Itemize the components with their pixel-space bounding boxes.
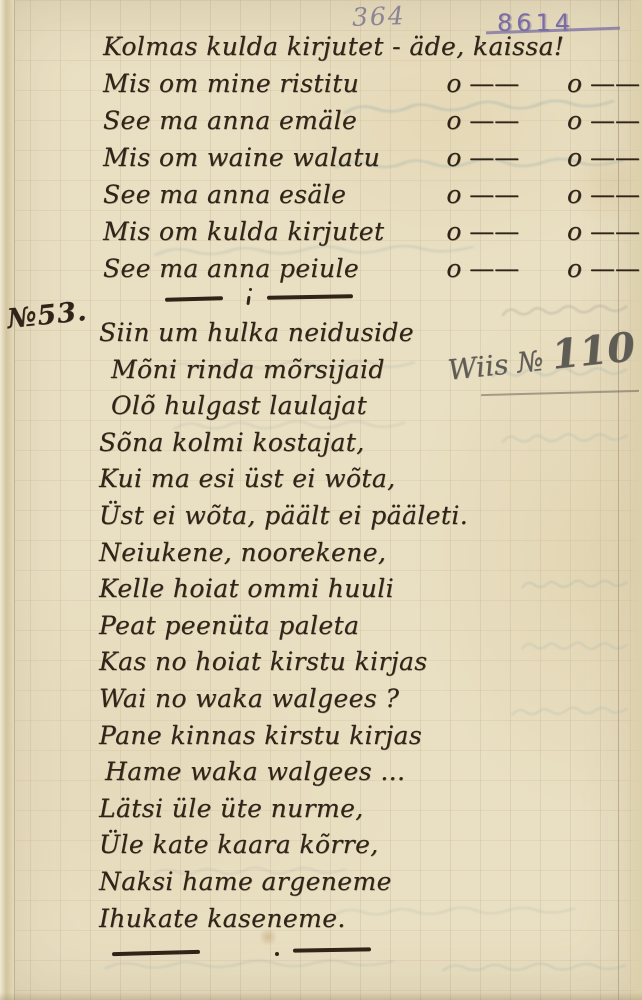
refrain-marks: o —— o —— bbox=[446, 176, 640, 213]
verse-line: Üst ei wõta, päält ei pääleti. bbox=[99, 498, 468, 535]
refrain-marks: o —— o —— bbox=[446, 102, 640, 139]
bleed-through-mark bbox=[100, 952, 400, 975]
verse-line: Naksi hame argeneme bbox=[99, 864, 468, 901]
verse-line: Ihukate kaseneme. bbox=[99, 901, 468, 938]
verse-line: Kas no hoiat kirstu kirjas bbox=[99, 644, 468, 681]
bleed-through-mark bbox=[520, 636, 630, 656]
verse-line: Mis om kulda kirjuteto —— o —— bbox=[103, 213, 640, 250]
verse-line-text: Mis om waine walatu bbox=[103, 143, 380, 172]
stanza-divider-tick bbox=[246, 296, 250, 305]
verse-line: Kui ma esi üst ei wõta, bbox=[99, 461, 468, 498]
verse-line: See ma anna peiuleo —— o —— bbox=[103, 250, 640, 287]
bleed-through-mark bbox=[510, 700, 631, 722]
page-edge-bottom bbox=[0, 992, 642, 1000]
end-divider-stroke bbox=[293, 947, 371, 952]
verse-line: Peat peenüta paleta bbox=[99, 608, 468, 645]
verse-2: Siin um hulka neiduside Mõni rinda mõrsi… bbox=[99, 315, 468, 937]
verse-line: Mis om mine ristituo —— o —— bbox=[103, 65, 640, 102]
refrain-marks: o —— o —— bbox=[446, 65, 640, 102]
verse-line: Mõni rinda mõrsijaid bbox=[99, 352, 468, 389]
stanza-divider-stroke bbox=[267, 294, 353, 300]
verse-line: Siin um hulka neiduside bbox=[99, 315, 468, 352]
verse-line: Mis om waine walatuo —— o —— bbox=[103, 139, 640, 176]
verse-line: Wai no waka walgees ? bbox=[99, 681, 468, 718]
verse-line: See ma anna emäleo —— o —— bbox=[103, 102, 640, 139]
stanza-number: №53. bbox=[6, 296, 89, 335]
refrain-marks: o —— o —— bbox=[446, 213, 640, 250]
verse-line: Neiukene, noorekene, bbox=[99, 535, 468, 572]
bleed-through-mark bbox=[500, 426, 631, 451]
verse-line: Hame waka walgees ... bbox=[99, 754, 468, 791]
verse-line-text: Mis om mine ristitu bbox=[103, 69, 359, 98]
bleed-through-mark bbox=[520, 573, 631, 595]
verse-line: See ma anna esäleo —— o —— bbox=[103, 176, 640, 213]
end-divider-dot bbox=[275, 952, 279, 956]
verse-line-text: See ma anna peiule bbox=[103, 254, 359, 283]
verse-line: Üle kate kaara kõrre, bbox=[99, 827, 468, 864]
verse-line: Pane kinnas kirstu kirjas bbox=[99, 718, 468, 755]
verse-line: Kelle hoiat ommi huuli bbox=[99, 571, 468, 608]
refrain-marks: o —— o —— bbox=[446, 250, 640, 287]
page-edge-left bbox=[0, 0, 15, 1000]
melody-note-underline bbox=[481, 390, 639, 396]
verse-line: Lätsi üle üte nurme, bbox=[99, 791, 468, 828]
verse-line: Sõna kolmi kostajat, bbox=[99, 425, 468, 462]
verse-line: Kolmas kulda kirjutet - äde, kaissa! bbox=[103, 28, 640, 65]
melody-number: 110 bbox=[549, 323, 637, 378]
manuscript-page: 364 8614 Kolmas kulda kirjutet - äde, ka… bbox=[0, 0, 642, 1000]
verse-line-text: Kolmas kulda kirjutet - äde, kaissa! bbox=[103, 32, 564, 61]
refrain-marks: o —— o —— bbox=[446, 139, 640, 176]
melody-reference-note: Wiis № 110 bbox=[445, 323, 637, 389]
stanza-divider-dot bbox=[249, 288, 252, 291]
verse-line-text: Mis om kulda kirjutet bbox=[103, 217, 384, 246]
end-divider-stroke bbox=[112, 950, 200, 956]
verse-line-text: See ma anna emäle bbox=[103, 106, 357, 135]
bleed-through-mark bbox=[500, 297, 631, 324]
verse-line: Olõ hulgast laulajat bbox=[99, 388, 468, 425]
bleed-through-mark bbox=[440, 956, 630, 977]
verse-1: Kolmas kulda kirjutet - äde, kaissa! Mis… bbox=[103, 28, 640, 287]
stanza-divider-stroke bbox=[165, 296, 223, 302]
verse-line-text: See ma anna esäle bbox=[103, 180, 346, 209]
